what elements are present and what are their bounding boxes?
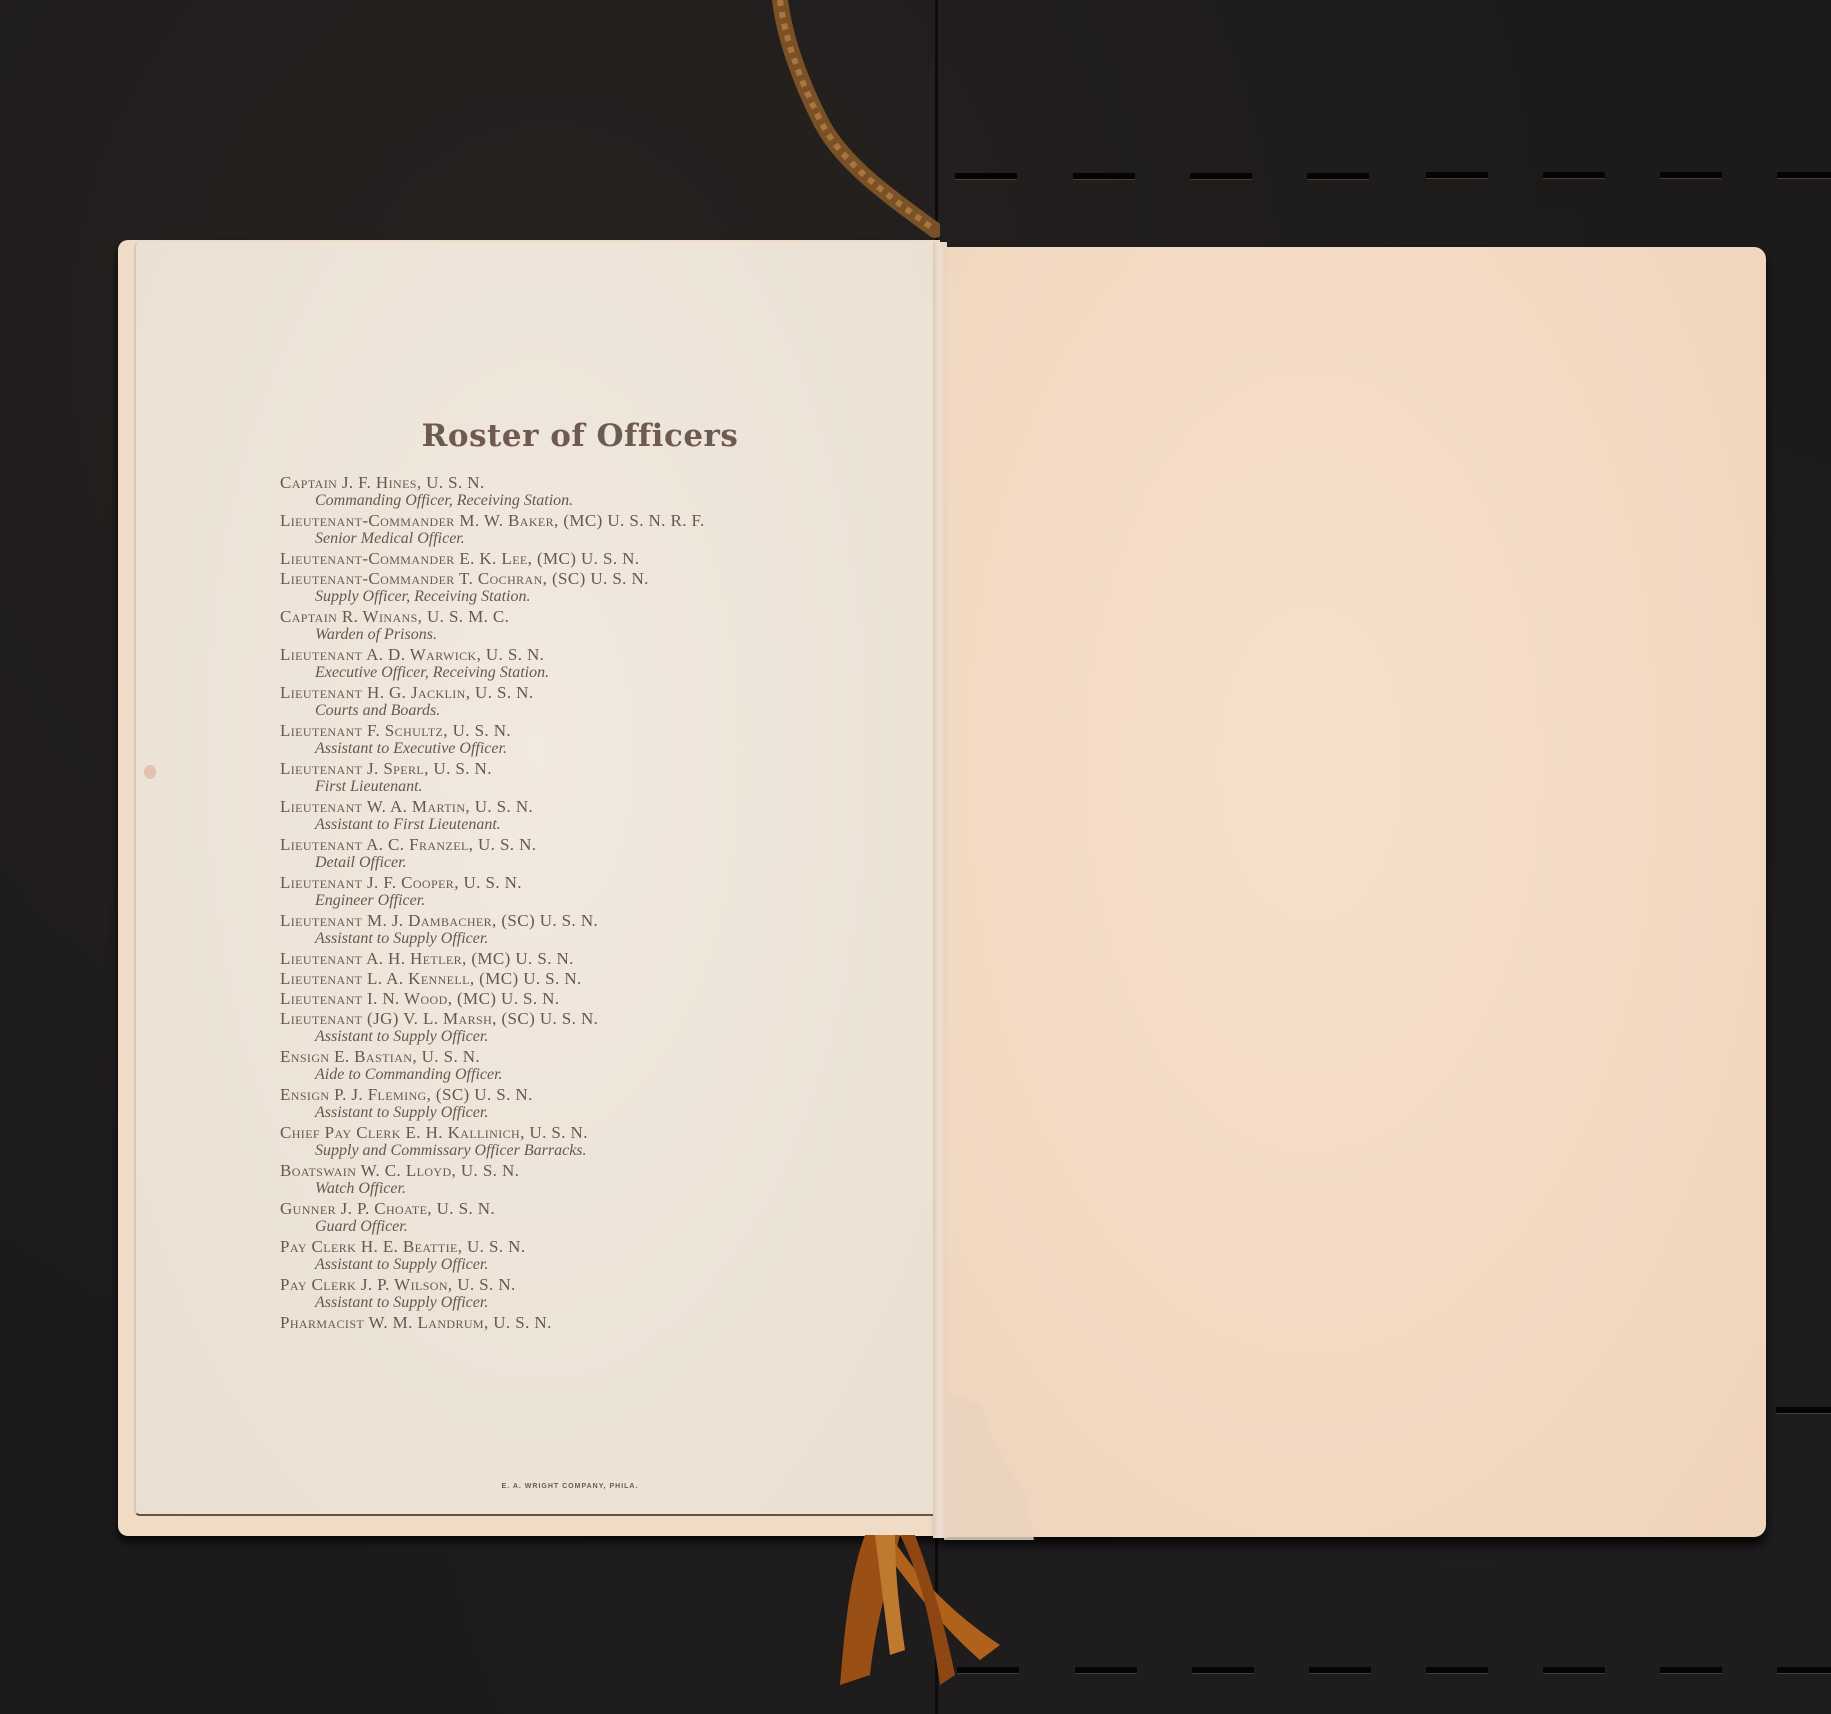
slot bbox=[1075, 1667, 1137, 1674]
officer-name: Lieutenant H. G. Jacklin, U. S. N. bbox=[280, 683, 800, 702]
officer-name: Lieutenant M. J. Dambacher, (SC) U. S. N… bbox=[280, 911, 800, 930]
officer-name: Lieutenant J. Sperl, U. S. N. bbox=[280, 759, 800, 778]
roster-entry: Captain R. Winans, U. S. M. C.Warden of … bbox=[280, 607, 800, 644]
officer-name: Lieutenant (JG) V. L. Marsh, (SC) U. S. … bbox=[280, 1009, 800, 1028]
officer-duty: Executive Officer, Receiving Station. bbox=[280, 664, 800, 682]
roster-entry: Gunner J. P. Choate, U. S. N.Guard Offic… bbox=[280, 1199, 800, 1236]
officer-duty: Detail Officer. bbox=[280, 854, 800, 872]
officer-name: Boatswain W. C. Lloyd, U. S. N. bbox=[280, 1161, 800, 1180]
officer-duty: Aide to Commanding Officer. bbox=[280, 1066, 800, 1084]
officer-name: Lieutenant-Commander T. Cochran, (SC) U.… bbox=[280, 569, 800, 588]
roster-entry: Lieutenant A. H. Hetler, (MC) U. S. N. bbox=[280, 949, 800, 968]
roster-entry: Lieutenant H. G. Jacklin, U. S. N.Courts… bbox=[280, 683, 800, 720]
officer-name: Lieutenant J. F. Cooper, U. S. N. bbox=[280, 873, 800, 892]
officer-duty: Guard Officer. bbox=[280, 1218, 800, 1236]
officer-name: Lieutenant F. Schultz, U. S. N. bbox=[280, 721, 800, 740]
officer-duty: Supply and Commissary Officer Barracks. bbox=[280, 1142, 800, 1160]
officer-duty: Assistant to Supply Officer. bbox=[280, 1028, 800, 1046]
officer-duty: Assistant to Supply Officer. bbox=[280, 1256, 800, 1274]
slot bbox=[955, 173, 1017, 180]
slot bbox=[1426, 1667, 1488, 1674]
officer-duty: Engineer Officer. bbox=[280, 892, 800, 910]
roster-entry: Pharmacist W. M. Landrum, U. S. N. bbox=[280, 1313, 800, 1332]
slot bbox=[1543, 172, 1605, 179]
slot bbox=[1307, 173, 1369, 180]
roster-entry: Lieutenant J. F. Cooper, U. S. N.Enginee… bbox=[280, 873, 800, 910]
officer-duty: Assistant to First Lieutenant. bbox=[280, 816, 800, 834]
officer-duty: Assistant to Executive Officer. bbox=[280, 740, 800, 758]
slot bbox=[1776, 1407, 1831, 1414]
roster-entry: Chief Pay Clerk E. H. Kallinich, U. S. N… bbox=[280, 1123, 800, 1160]
roster-entry: Lieutenant I. N. Wood, (MC) U. S. N. bbox=[280, 989, 800, 1008]
roster-entry: Lieutenant-Commander T. Cochran, (SC) U.… bbox=[280, 569, 800, 606]
roster-entry: Pay Clerk J. P. Wilson, U. S. N.Assistan… bbox=[280, 1275, 800, 1312]
slot bbox=[1309, 1667, 1371, 1674]
officer-duty: First Lieutenant. bbox=[280, 778, 800, 796]
officer-name: Lieutenant A. D. Warwick, U. S. N. bbox=[280, 645, 800, 664]
roster-entry: Captain J. F. Hines, U. S. N.Commanding … bbox=[280, 473, 800, 510]
roster-entry: Lieutenant A. D. Warwick, U. S. N.Execut… bbox=[280, 645, 800, 682]
roster-entry: Lieutenant-Commander E. K. Lee, (MC) U. … bbox=[280, 549, 800, 568]
slot bbox=[1426, 172, 1488, 179]
officer-duty: Warden of Prisons. bbox=[280, 626, 800, 644]
roster-entry: Boatswain W. C. Lloyd, U. S. N.Watch Off… bbox=[280, 1161, 800, 1198]
binding-gutter bbox=[933, 242, 947, 1538]
roster-entry: Lieutenant (JG) V. L. Marsh, (SC) U. S. … bbox=[280, 1009, 800, 1046]
officer-name: Lieutenant I. N. Wood, (MC) U. S. N. bbox=[280, 989, 800, 1008]
officer-duty: Senior Medical Officer. bbox=[280, 530, 800, 548]
slot bbox=[1660, 1667, 1722, 1674]
officer-name: Captain J. F. Hines, U. S. N. bbox=[280, 473, 800, 492]
slot bbox=[1190, 173, 1252, 180]
officer-duty: Assistant to Supply Officer. bbox=[280, 930, 800, 948]
roster-entry: Lieutenant M. J. Dambacher, (SC) U. S. N… bbox=[280, 911, 800, 948]
tassel-icon bbox=[830, 1535, 1020, 1695]
roster-entry: Ensign P. J. Fleming, (SC) U. S. N.Assis… bbox=[280, 1085, 800, 1122]
officer-name: Gunner J. P. Choate, U. S. N. bbox=[280, 1199, 800, 1218]
slot bbox=[1543, 1667, 1605, 1674]
slot bbox=[1777, 172, 1831, 179]
officer-duty: Supply Officer, Receiving Station. bbox=[280, 588, 800, 606]
slot bbox=[1073, 173, 1135, 180]
officer-name: Lieutenant A. H. Hetler, (MC) U. S. N. bbox=[280, 949, 800, 968]
roster-entry: Pay Clerk H. E. Beattie, U. S. N.Assista… bbox=[280, 1237, 800, 1274]
roster-entry: Lieutenant L. A. Kennell, (MC) U. S. N. bbox=[280, 969, 800, 988]
roster-entry: Lieutenant J. Sperl, U. S. N.First Lieut… bbox=[280, 759, 800, 796]
officer-name: Lieutenant-Commander E. K. Lee, (MC) U. … bbox=[280, 549, 800, 568]
officer-name: Ensign P. J. Fleming, (SC) U. S. N. bbox=[280, 1085, 800, 1104]
officer-name: Captain R. Winans, U. S. M. C. bbox=[280, 607, 800, 626]
officer-name: Lieutenant L. A. Kennell, (MC) U. S. N. bbox=[280, 969, 800, 988]
officer-name: Lieutenant W. A. Martin, U. S. N. bbox=[280, 797, 800, 816]
slot bbox=[1192, 1667, 1254, 1674]
officer-name: Chief Pay Clerk E. H. Kallinich, U. S. N… bbox=[280, 1123, 800, 1142]
slot bbox=[1660, 172, 1722, 179]
officer-duty: Assistant to Supply Officer. bbox=[280, 1294, 800, 1312]
roster-entry: Lieutenant W. A. Martin, U. S. N.Assista… bbox=[280, 797, 800, 834]
roster-list: Captain J. F. Hines, U. S. N.Commanding … bbox=[280, 473, 800, 1333]
officer-name: Pay Clerk H. E. Beattie, U. S. N. bbox=[280, 1237, 800, 1256]
officer-duty: Watch Officer. bbox=[280, 1180, 800, 1198]
officer-duty: Courts and Boards. bbox=[280, 702, 800, 720]
roster-entry: Lieutenant F. Schultz, U. S. N.Assistant… bbox=[280, 721, 800, 758]
cord-icon bbox=[760, 0, 940, 245]
page-title: Roster of Officers bbox=[380, 418, 780, 454]
slot bbox=[1777, 1667, 1831, 1674]
officer-name: Pharmacist W. M. Landrum, U. S. N. bbox=[280, 1313, 800, 1332]
officer-name: Pay Clerk J. P. Wilson, U. S. N. bbox=[280, 1275, 800, 1294]
officer-name: Lieutenant-Commander M. W. Baker, (MC) U… bbox=[280, 511, 800, 530]
officer-duty: Assistant to Supply Officer. bbox=[280, 1104, 800, 1122]
foxing-spot bbox=[144, 765, 156, 779]
officer-duty: Commanding Officer, Receiving Station. bbox=[280, 492, 800, 510]
printer-imprint: E. A. WRIGHT COMPANY, PHILA. bbox=[470, 1483, 670, 1490]
right-page-blank bbox=[940, 247, 1766, 1537]
roster-entry: Lieutenant A. C. Franzel, U. S. N.Detail… bbox=[280, 835, 800, 872]
officer-name: Ensign E. Bastian, U. S. N. bbox=[280, 1047, 800, 1066]
officer-name: Lieutenant A. C. Franzel, U. S. N. bbox=[280, 835, 800, 854]
roster-entry: Ensign E. Bastian, U. S. N.Aide to Comma… bbox=[280, 1047, 800, 1084]
roster-entry: Lieutenant-Commander M. W. Baker, (MC) U… bbox=[280, 511, 800, 548]
